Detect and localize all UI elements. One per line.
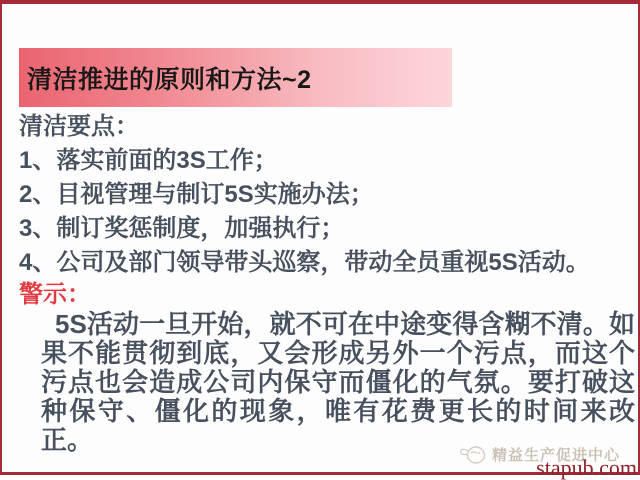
key-points-list: 清洁要点： 1、落实前面的3S工作； 2、目视管理与制订5S实施办法； 3、制订… xyxy=(19,110,635,280)
slide-frame: 清洁推进的原则和方法~2 清洁要点： 1、落实前面的3S工作； 2、目视管理与制… xyxy=(0,0,640,475)
page-title: 清洁推进的原则和方法~2 xyxy=(19,60,312,96)
list-item: 2、目视管理与制订5S实施办法； xyxy=(19,178,635,212)
title-banner: 清洁推进的原则和方法~2 xyxy=(19,48,452,107)
warning-paragraph: 5S活动一旦开始，就不可在中途变得含糊不清。如果不能贯彻到底，又会形成另外一个污… xyxy=(41,310,635,455)
list-item: 1、落实前面的3S工作； xyxy=(19,144,635,178)
list-item: 3、制订奖惩制度，加强执行； xyxy=(19,212,635,246)
section-heading: 清洁要点： xyxy=(19,110,635,144)
list-item: 4、公司及部门领导带头巡察，带动全员重视5S活动。 xyxy=(19,246,635,280)
warning-label: 警示： xyxy=(19,280,91,310)
mascot-icon xyxy=(459,442,487,466)
site-url: stapub.com xyxy=(536,456,637,480)
